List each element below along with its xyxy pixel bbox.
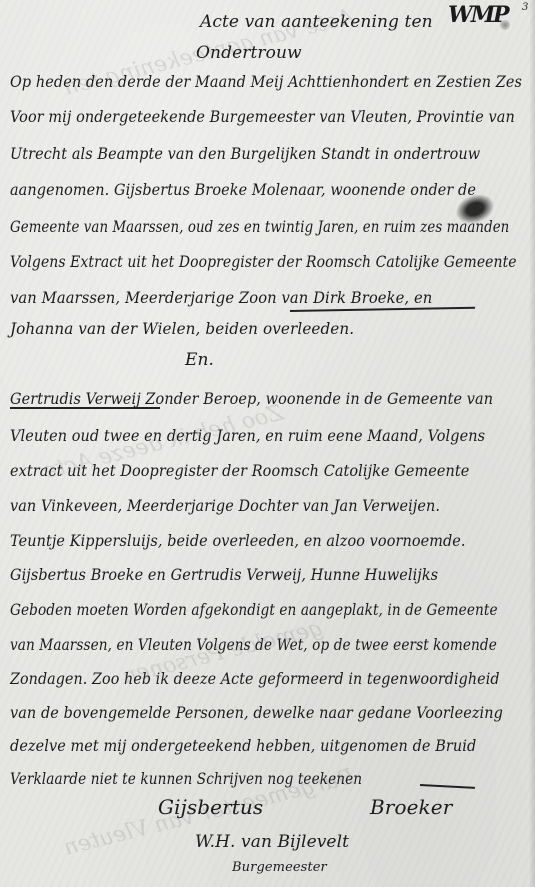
name-underline <box>10 407 160 409</box>
document-title-line2: Ondertrouw <box>196 43 302 63</box>
groom-signature: Gijsbertus <box>158 795 263 819</box>
body-line: van Maarssen, Meerderjarige Zoon van Dir… <box>10 289 432 307</box>
body-line: van Vinkeveen, Meerderjarige Dochter van… <box>10 497 440 515</box>
body-line: Gertrudis Verweij Zonder Beroep, woonend… <box>10 390 493 408</box>
body-line: aangenomen. Gijsbertus Broeke Molenaar, … <box>10 181 476 199</box>
body-line: Verklaarde niet te kunnen Schrijven nog … <box>10 770 362 788</box>
document-title-line1: Acte van aanteekening ten <box>200 12 433 32</box>
conjunction-en: En. <box>185 350 214 370</box>
corner-mark: WMP <box>448 2 508 28</box>
body-line: van Maarssen, en Vleuten Volgens de Wet,… <box>10 636 497 654</box>
body-line: extract uit het Doopregister der Roomsch… <box>10 462 469 480</box>
body-line: Voor mij ondergeteekende Burgemeester va… <box>10 108 515 126</box>
page-edge-shadow <box>529 0 535 887</box>
body-line: Geboden moeten Worden afgekondigt en aan… <box>10 601 498 619</box>
body-line: Gijsbertus Broeke en Gertrudis Verweij, … <box>10 566 438 584</box>
body-line: Op heden den derde der Maand Meij Achtti… <box>10 73 522 91</box>
page-number: 3 <box>522 2 528 13</box>
body-line: dezelve met mij ondergeteekend hebben, u… <box>10 737 476 755</box>
body-line: Johanna van der Wielen, beiden overleede… <box>10 320 354 338</box>
body-line: Vleuten oud twee en dertig Jaren, en rui… <box>10 427 485 445</box>
official-title: Burgemeester <box>232 860 327 875</box>
body-line: Utrecht als Beampte van den Burgelijken … <box>10 145 480 163</box>
body-line: Zondagen. Zoo heb ik deeze Acte geformee… <box>10 670 500 688</box>
body-line: Volgens Extract uit het Doopregister der… <box>10 253 517 271</box>
body-line: Teuntje Kippersluijs, beide overleeden, … <box>10 532 466 550</box>
official-signature: W.H. van Bijlevelt <box>195 832 349 852</box>
body-line: van de bovengemelde Personen, dewelke na… <box>10 704 503 722</box>
body-line: Gemeente van Maarssen, oud zes en twinti… <box>10 218 509 236</box>
groom-surname-signature: Broeker <box>370 795 452 819</box>
